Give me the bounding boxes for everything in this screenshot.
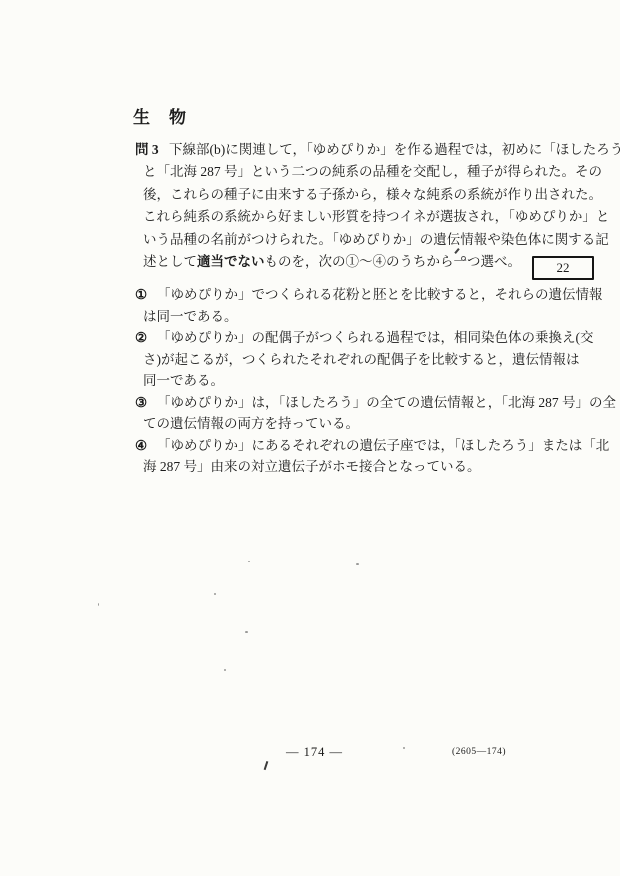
emphasis-not-appropriate: 適当でない: [197, 254, 265, 269]
question-line: これら純系の系統から好ましい形質を持つイネが選抜され，「ゆめぴりか」と: [143, 206, 547, 228]
question-line: 問 3下線部(b)に関連して，「ゆめぴりか」を作る過程では，初めに「ほしたろう」: [135, 139, 547, 161]
page-number: — 174 —: [286, 745, 343, 760]
scan-slash-mark: [264, 761, 268, 770]
option-4-line: 海 287 号」由来の対立遺伝子がホモ接合となっている。: [143, 456, 549, 478]
options-list: ①「ゆめぴりか」でつくられる花粉と胚とを比較すると，それらの遺伝情報 は同一であ…: [135, 284, 549, 478]
option-4-text: 「ゆめぴりか」にあるそれぞれの遺伝子座では，「ほしたろう」または「北: [157, 438, 609, 453]
print-code: (2605—174): [452, 747, 506, 757]
question-block: 問 3下線部(b)に関連して，「ゆめぴりか」を作る過程では，初めに「ほしたろう」…: [135, 139, 547, 273]
scan-speck: [224, 669, 226, 671]
scan-speck: [245, 631, 248, 633]
question-line: 述として適当でないものを，次の①～④のうちから一つ選べ。22: [143, 251, 547, 273]
scan-speck: [98, 603, 99, 606]
exam-page: 生 物 問 3下線部(b)に関連して，「ゆめぴりか」を作る過程では，初めに「ほし…: [0, 0, 620, 876]
scan-dot-mark: [461, 256, 466, 261]
option-1-marker: ①: [135, 284, 150, 306]
option-2-marker: ②: [135, 327, 150, 349]
option-2-text: 「ゆめぴりか」の配偶子がつくられる過程では，相同染色体の乗換え(交: [157, 330, 594, 345]
option-2-line: ②「ゆめぴりか」の配偶子がつくられる過程では，相同染色体の乗換え(交: [135, 327, 549, 349]
question-text: ものを，次の①～④のうちから一つ選べ。: [265, 254, 522, 269]
option-3-marker: ③: [135, 392, 150, 414]
scan-speck: [356, 563, 359, 565]
scan-speck: [403, 747, 405, 749]
option-3-line: ての遺伝情報の両方を持っている。: [143, 413, 549, 435]
answer-number-box: 22: [532, 256, 594, 280]
scan-speck: [248, 561, 250, 562]
option-2-line: さ)が起こるが，つくられたそれぞれの配偶子を比較すると，遺伝情報は: [143, 349, 549, 371]
option-1-line: は同一である。: [143, 306, 549, 328]
option-1-text: 「ゆめぴりか」でつくられる花粉と胚とを比較すると，それらの遺伝情報: [157, 287, 603, 302]
option-4-line: ④「ゆめぴりか」にあるそれぞれの遺伝子座では，「ほしたろう」または「北: [135, 435, 549, 457]
question-text: 述として: [143, 254, 197, 269]
scan-speck: [214, 593, 216, 595]
answer-number: 22: [557, 260, 570, 275]
option-1-line: ①「ゆめぴりか」でつくられる花粉と胚とを比較すると，それらの遺伝情報: [135, 284, 549, 306]
question-text: 下線部(b)に関連して，「ゆめぴりか」を作る過程では，初めに「ほしたろう」: [169, 142, 620, 157]
option-3-text: 「ゆめぴりか」は，「ほしたろう」の全ての遺伝情報と，「北海 287 号」の全: [157, 395, 616, 410]
question-line: と「北海 287 号」という二つの純系の品種を交配し，種子が得られた。その: [143, 161, 547, 183]
question-line: 後，これらの種子に由来する子孫から，様々な純系の系統が作り出された。: [143, 184, 547, 206]
option-4-marker: ④: [135, 435, 150, 457]
subject-title: 生 物: [133, 103, 187, 128]
question-line: いう品種の名前がつけられた。「ゆめぴりか」の遺伝情報や染色体に関する記: [143, 229, 547, 251]
option-3-line: ③「ゆめぴりか」は，「ほしたろう」の全ての遺伝情報と，「北海 287 号」の全: [135, 392, 549, 414]
question-number: 問 3: [135, 139, 169, 161]
option-2-line: 同一である。: [143, 370, 549, 392]
